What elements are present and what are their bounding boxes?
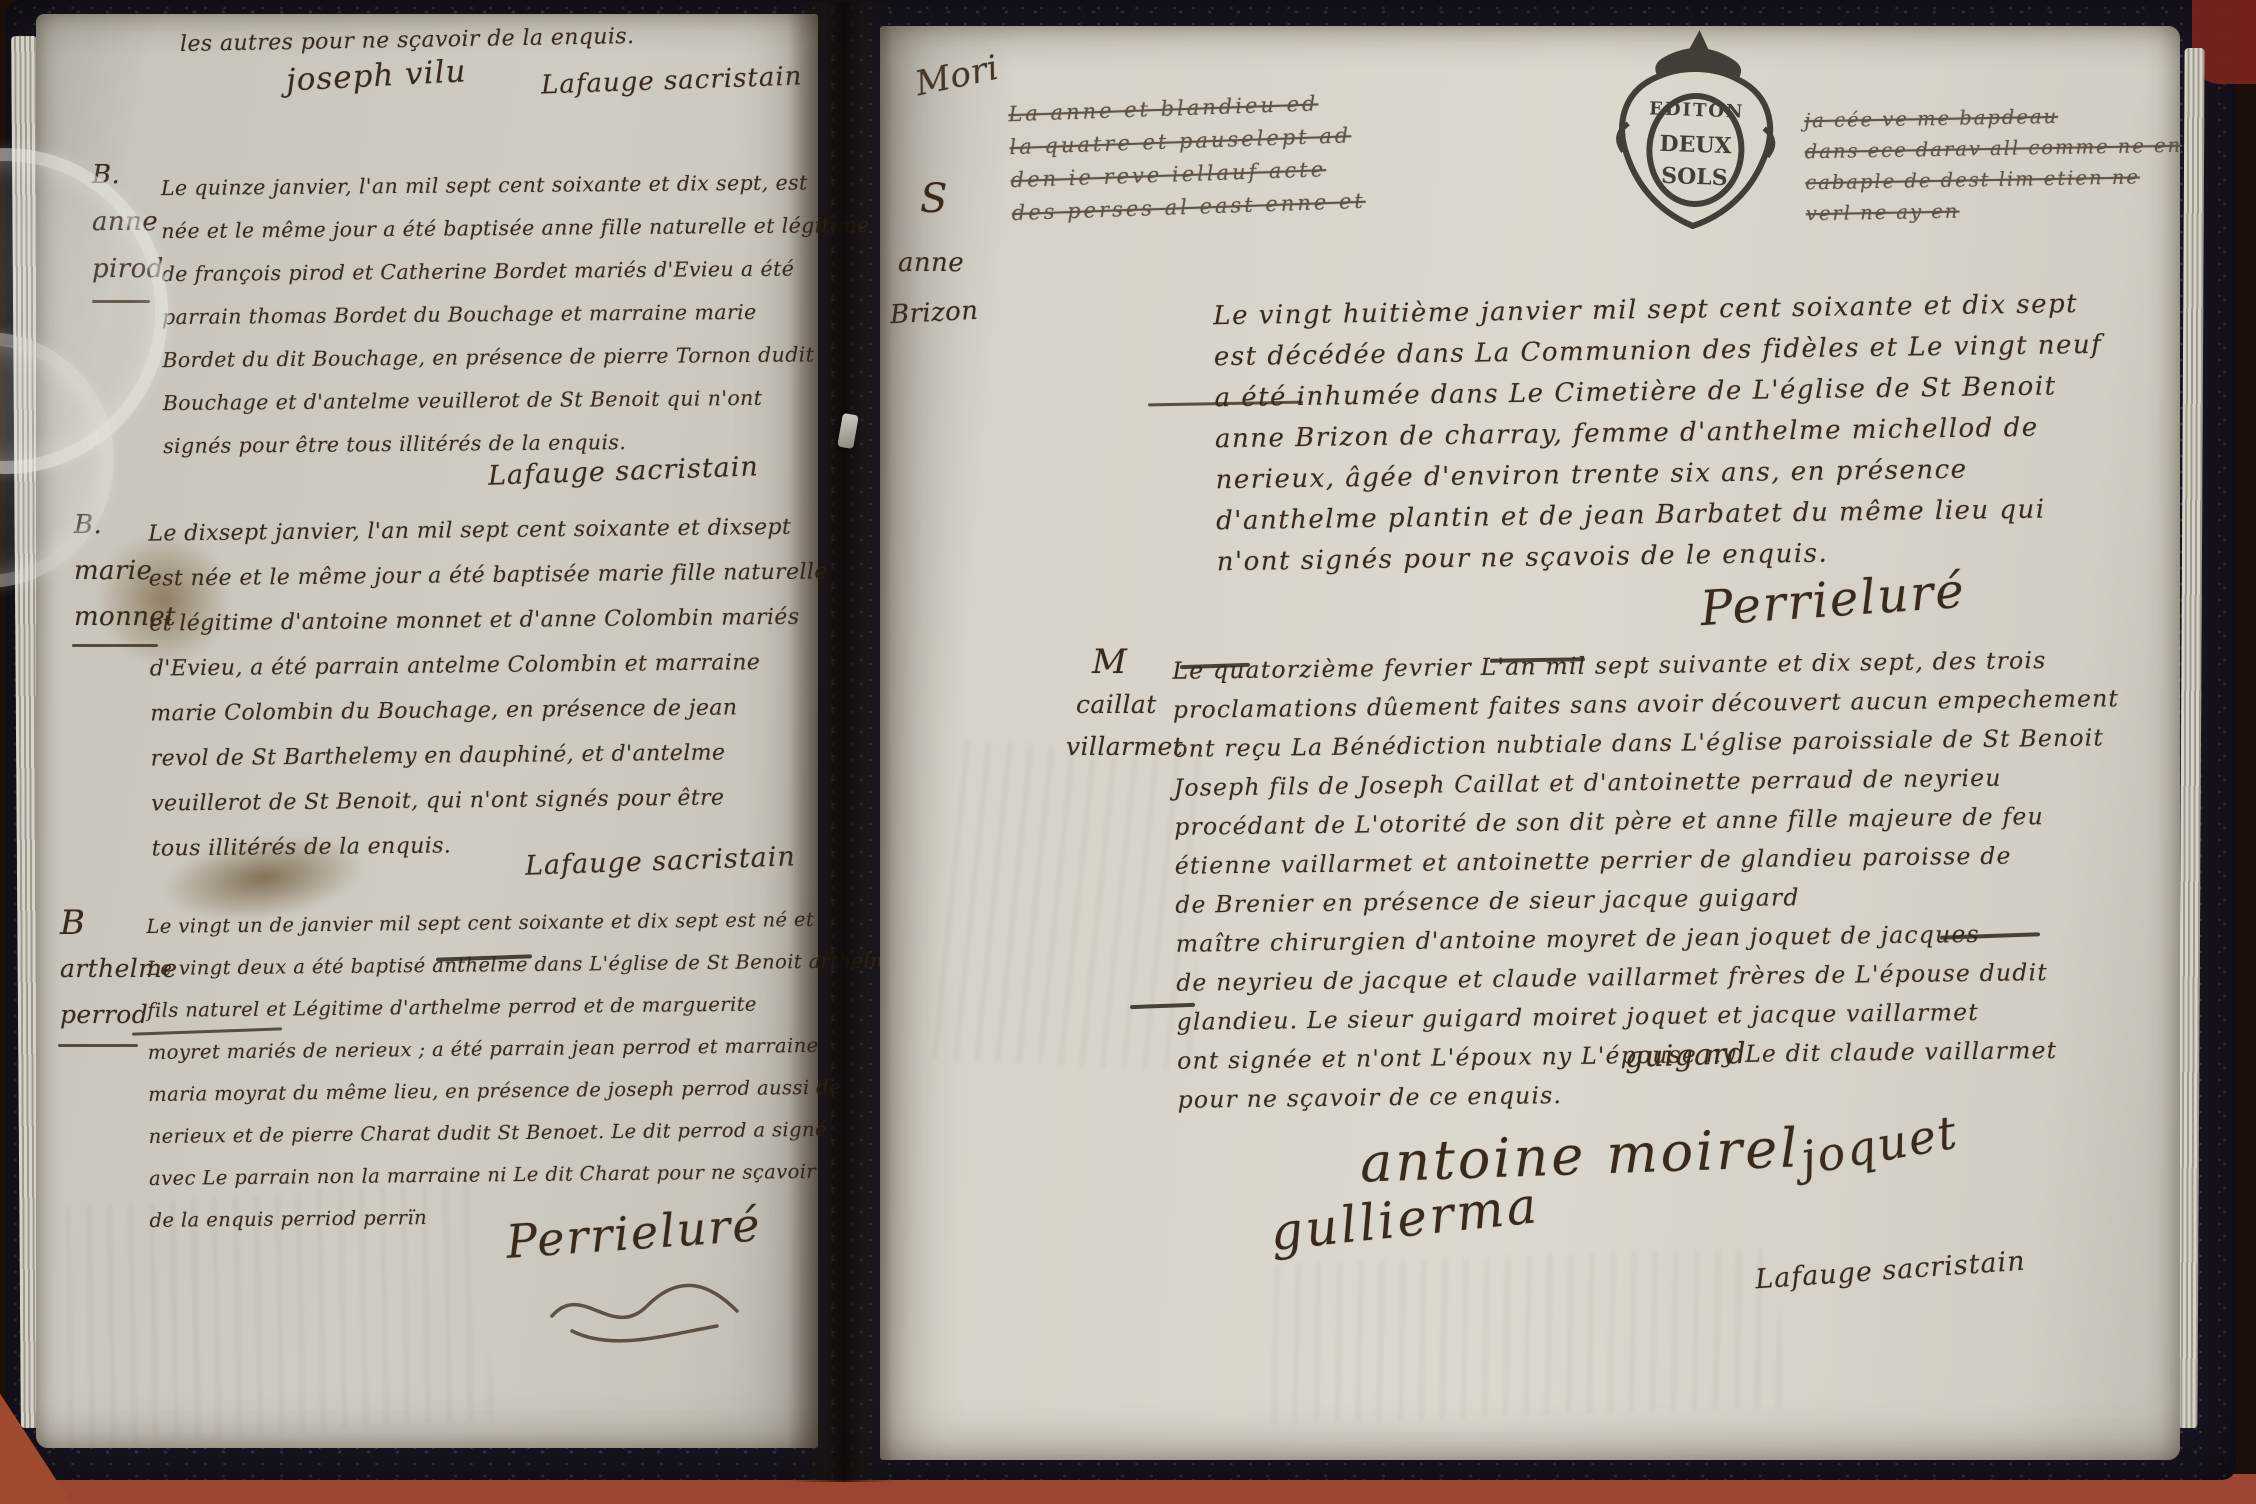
signature-gullierma: gullierma [1268,1176,1542,1262]
ink-bleedthrough [1257,1247,1782,1425]
baptism-entry-anne-pirod: Le quinze janvier, l'an mil sept cent so… [161,161,872,468]
margin-letter-s: S [920,176,948,222]
page-header-note: les autres pour ne sçavoir de la enquis. [180,24,635,57]
entry-line: Bouchage et d'antelme veuillerot de St B… [163,376,872,425]
entry-line: parrain thomas Bordet du Bouchage et mar… [162,290,871,339]
entry-line: de françois pirod et Catherine Bordet ma… [161,247,870,296]
signature-sacristain: Lafauge sacristain [1754,1246,2026,1296]
signature-flourish [542,1276,752,1346]
entry-line: Le quinze janvier, l'an mil sept cent so… [161,161,870,210]
entry-line: Bordet du dit Bouchage, en présence de p… [162,333,871,382]
margin-letter-m: M [1092,642,1127,682]
crossed-out-lines: La anne et blandieu ed la quatre et paus… [1008,86,1366,230]
stamp-text-deux: DEUX [1659,131,1733,160]
tax-stamp: EDITON DEUX SOLS [1592,23,1799,244]
entry-line: Le dixsept janvier, l'an mil sept cent s… [148,504,827,556]
struck-line: verl ne ay en [1806,192,2184,230]
signature-sacristain: Lafauge sacristain [541,61,803,100]
struck-line: cabaple de dest lim etien ne [1805,161,2183,199]
burial-entry-anne-brizon: Le vingt huitième janvier mil sept cent … [1213,284,2105,583]
entry-line: avec Le parrain non la marraine ni Le di… [149,1150,904,1200]
parish-register-photo: les autres pour ne sçavoir de la enquis.… [0,0,2256,1504]
margin-line: caillat [1076,690,1157,719]
baptism-entry-arthelme-perrod: Le vingt un de janvier mil sept cent soi… [146,898,904,1242]
baptism-entry-marie-monnet: Le dixsept janvier, l'an mil sept cent s… [148,504,831,871]
stamp-arc-text: EDITON [1649,98,1745,122]
signature-joquet: joquet [1797,1105,1963,1186]
signature-joseph-vilu: joseph vilu [285,53,467,98]
entry-line: née et le même jour a été baptisée anne … [161,204,870,253]
entry-line: est née et le même jour a été baptisée m… [149,549,828,601]
margin-line: anne [898,248,964,278]
margin-line: villarmet [1066,732,1183,761]
entry-line: Le vingt deux a été baptisé anthelme dan… [147,940,902,990]
right-page: Mori La anne et blandieu ed la quatre et… [880,26,2180,1460]
crossed-out-lines: ja cée ve me bapdeau dans ece darav all … [1804,99,2184,230]
margin-line: Brizon [889,296,979,331]
left-page: les autres pour ne sçavoir de la enquis.… [36,14,818,1448]
corner-scribble: Mori [912,48,1002,105]
signature-antoine-moirel: antoine moirel [1359,1116,1801,1194]
entry-line: veuillerot de St Benoit, qui n'ont signé… [151,774,830,826]
signature-guigard: guigard [1624,1036,1747,1074]
entry-line: et légitime d'antoine monnet et d'anne C… [149,594,828,646]
entry-line: revol de St Barthelemy en dauphiné, et d… [150,729,829,781]
margin-underline [58,1044,138,1047]
entry-line: marie Colombin du Bouchage, en présence … [150,684,829,736]
stamp-text-sols: SOLS [1661,163,1728,191]
ink-bleedthrough [932,739,1208,1072]
margin-underline [72,644,158,647]
entry-line: d'Evieu, a été parrain antelme Colombin … [150,639,829,691]
